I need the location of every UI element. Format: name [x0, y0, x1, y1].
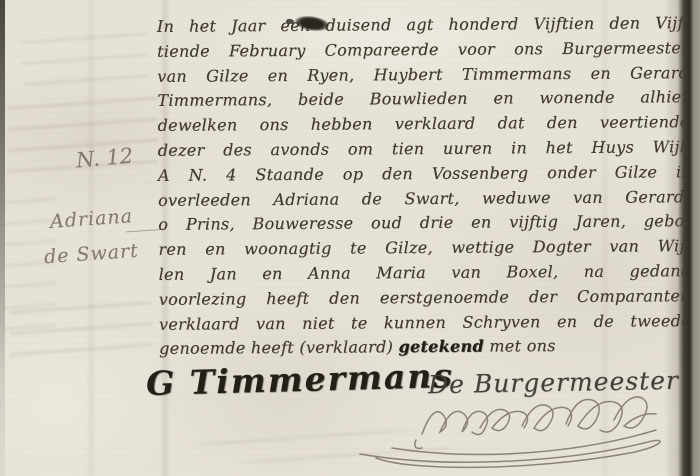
record-line-4: Timmermans, beide Bouwlieden en wonende … — [157, 88, 689, 117]
record-line-3: van Gilze en Ryen, Huybert Timmermans en… — [157, 63, 689, 92]
record-line-14-post: met ons — [484, 336, 556, 356]
record-line-5: dewelken ons hebben verklaard dat den ve… — [157, 112, 689, 141]
record-line-1: In het Jaar een duisend agt honderd Vijf… — [157, 13, 689, 42]
ink-bleedthrough — [200, 430, 450, 462]
declarant-signature: G Timmermans — [146, 356, 455, 403]
burgemeester-title: De Burgermeester — [428, 366, 679, 399]
record-line-10: ren en woonagtig te Gilze, wettige Dogte… — [158, 236, 690, 265]
record-line-11: len Jan en Anna Maria van Boxel, na geda… — [159, 261, 691, 290]
margin-deceased-name-line1: Adriana — [49, 205, 133, 233]
record-line-14-pre: genoemde heeft (verklaard) — [159, 338, 399, 359]
record-line-9: o Prins, Bouweresse oud drie en vijftig … — [158, 212, 690, 241]
ink-bleedthrough — [10, 298, 152, 362]
record-line-6: dezer des avonds om tien uuren in het Hu… — [158, 137, 690, 166]
record-line-8: overleeden Adriana de Swart, weduwe van … — [158, 187, 690, 216]
ink-bleedthrough — [22, 28, 148, 88]
margin-deceased-name-line2: de Swart — [43, 240, 139, 269]
document-page: N. 12 Adriana de Swart In het Jaar een d… — [0, 0, 700, 476]
record-line-2: tiende February Compareerde voor ons Bur… — [157, 38, 689, 67]
record-line-14-emphasized-word: getekend — [398, 337, 484, 357]
record-line-12: voorlezing heeft den eerstgenoemde der C… — [159, 286, 691, 315]
record-line-7: A N. 4 Staande op den Vossenberg onder G… — [158, 162, 690, 191]
paper-crease — [86, 0, 96, 476]
burgemeester-signature-flourish — [352, 390, 692, 470]
scan-edge-left — [0, 0, 5, 476]
record-body: In het Jaar een duisend agt honderd Vijf… — [157, 13, 691, 364]
record-number: N. 12 — [75, 144, 134, 173]
record-line-13: verklaard van niet te kunnen Schryven en… — [159, 311, 691, 340]
